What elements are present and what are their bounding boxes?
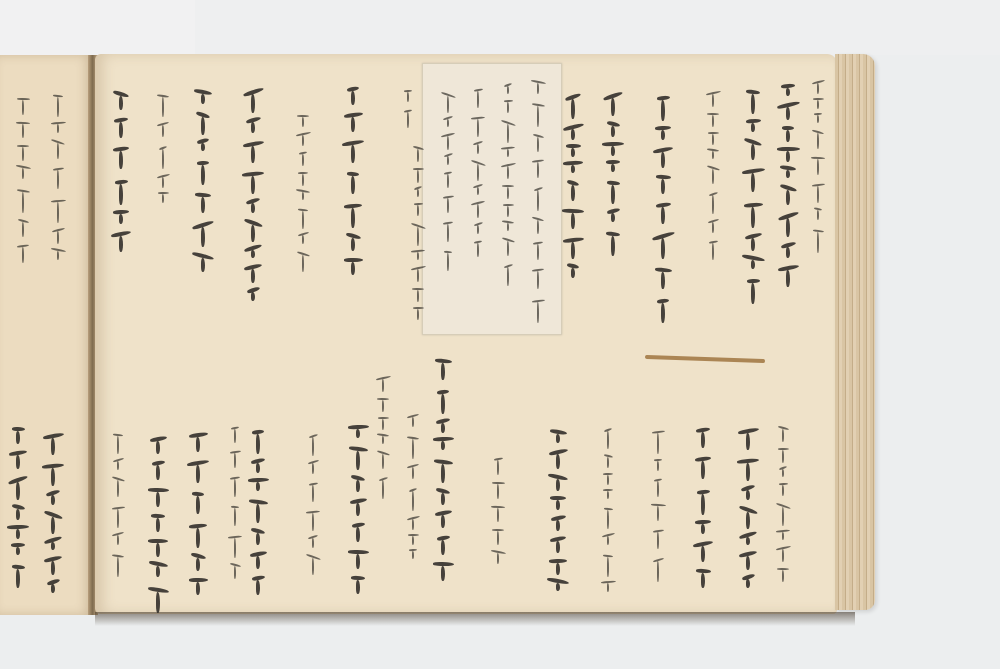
text-column [650, 85, 676, 300]
text-column [145, 430, 171, 595]
text-column [805, 75, 831, 245]
text-column [10, 90, 36, 260]
text-column [595, 420, 621, 605]
text-column [560, 85, 586, 275]
text-column [290, 110, 316, 270]
text-column [5, 420, 31, 590]
text-column [775, 80, 801, 270]
text-column [525, 75, 551, 320]
text-column [150, 85, 176, 220]
text-column [600, 85, 626, 255]
text-column [545, 425, 571, 590]
book-shadow [95, 612, 855, 626]
text-column [735, 420, 761, 580]
text-column [45, 85, 71, 265]
text-column [395, 85, 421, 115]
text-column [740, 80, 766, 285]
text-column [465, 80, 491, 280]
text-column [108, 85, 134, 235]
text-column [700, 85, 726, 280]
text-column [185, 425, 211, 595]
text-column [40, 425, 66, 585]
text-column [690, 420, 716, 590]
text-column [400, 410, 426, 570]
text-column [190, 85, 216, 275]
text-column [405, 140, 431, 340]
text-column [770, 420, 796, 590]
text-column [495, 80, 521, 295]
text-column [340, 80, 366, 270]
text-column [370, 370, 396, 490]
text-column [245, 420, 271, 595]
text-column [240, 80, 266, 295]
text-column [435, 85, 461, 275]
text-column [345, 420, 371, 590]
text-column [430, 350, 456, 580]
text-column [105, 425, 131, 595]
text-column [300, 425, 326, 580]
text-column [645, 420, 671, 585]
text-column [485, 450, 511, 580]
page-edges [835, 54, 875, 610]
